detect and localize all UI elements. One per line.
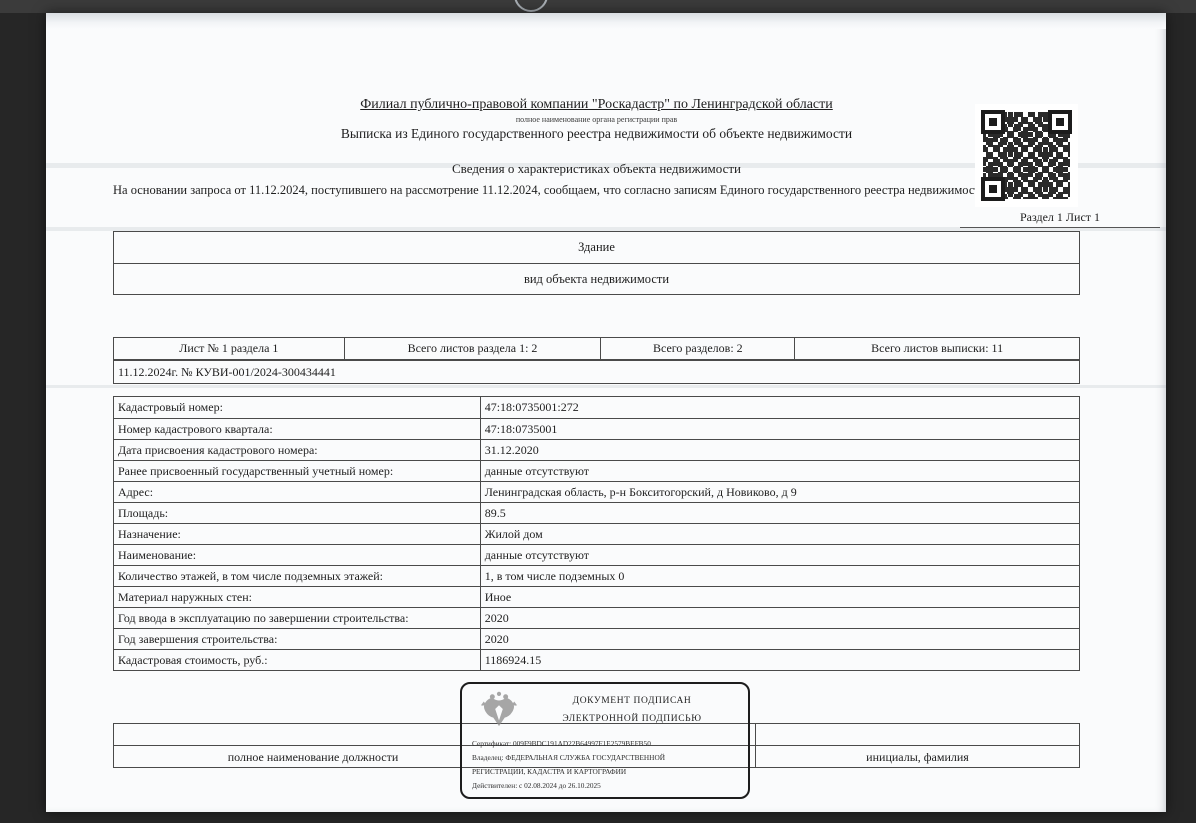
attribute-value: 1186924.15 <box>481 650 1079 670</box>
attribute-value: Ленинградская область, р-н Бокситогорски… <box>481 482 1079 502</box>
qr-code-icon <box>975 104 1078 207</box>
signature-initials-label: инициалы, фамилия <box>755 750 1080 765</box>
document-page[interactable]: Филиал публично-правовой компании "Роска… <box>46 13 1166 812</box>
table-row: Наименование:данные отсутствуют <box>114 544 1079 565</box>
table-row: Год ввода в эксплуатацию по завершении с… <box>114 607 1079 628</box>
russian-coat-of-arms-icon <box>480 690 518 730</box>
attribute-label: Количество этажей, в том числе подземных… <box>114 566 481 586</box>
qr-finder-icon <box>981 110 1005 134</box>
table-row: Кадастровая стоимость, руб.:1186924.15 <box>114 649 1079 670</box>
attribute-value: Жилой дом <box>481 524 1079 544</box>
signature-position-label: полное наименование должности <box>113 750 513 765</box>
qr-finder-icon <box>1048 110 1072 134</box>
sheet-info-table: Лист № 1 раздела 1 Всего листов раздела … <box>113 337 1080 360</box>
document-title: Выписка из Единого государственного реес… <box>113 126 1080 142</box>
table-row: Площадь:89.5 <box>114 502 1079 523</box>
attributes-table: Кадастровый номер:47:18:0735001:272 Номе… <box>113 396 1080 671</box>
attribute-label: Адрес: <box>114 482 481 502</box>
attribute-label: Ранее присвоенный государственный учетны… <box>114 461 481 481</box>
object-type-box: Здание вид объекта недвижимости <box>113 231 1080 295</box>
stamp-title-line1: ДОКУМЕНТ ПОДПИСАН <box>522 696 742 706</box>
attribute-value: 2020 <box>481 608 1079 628</box>
sheet-info-cell: Лист № 1 раздела 1 <box>114 338 344 359</box>
attribute-value: 1, в том числе подземных 0 <box>481 566 1079 586</box>
attribute-label: Год ввода в эксплуатацию по завершении с… <box>114 608 481 628</box>
table-row: Кадастровый номер:47:18:0735001:272 <box>114 397 1079 418</box>
attribute-label: Назначение: <box>114 524 481 544</box>
attribute-value: 47:18:0735001 <box>481 419 1079 439</box>
page-top-edge <box>46 13 1166 29</box>
registering-authority-name: Филиал публично-правовой компании "Роска… <box>113 97 1080 113</box>
table-row: Год завершения строительства:2020 <box>114 628 1079 649</box>
attribute-label: Площадь: <box>114 503 481 523</box>
sheet-info-cell: Всего листов выписки: 11 <box>794 338 1079 359</box>
attribute-value: Иное <box>481 587 1079 607</box>
table-row: Назначение:Жилой дом <box>114 523 1079 544</box>
table-row: Дата присвоения кадастрового номера:31.1… <box>114 439 1079 460</box>
stamp-certificate: Сертификат: 009F9BDC191AD22B64997F1E2579… <box>472 739 744 748</box>
table-row: Адрес:Ленинградская область, р-н Боксито… <box>114 481 1079 502</box>
attribute-label: Кадастровая стоимость, руб.: <box>114 650 481 670</box>
request-number: 11.12.2024г. № КУВИ-001/2024-300434441 <box>113 360 1080 384</box>
stamp-title-line2: ЭЛЕКТРОННОЙ ПОДПИСЬЮ <box>522 714 742 724</box>
attribute-label: Кадастровый номер: <box>114 397 481 418</box>
qr-finder-icon <box>981 177 1005 201</box>
attribute-value: 31.12.2020 <box>481 440 1079 460</box>
registering-authority-caption: полное наименование органа регистрации п… <box>113 115 1080 124</box>
stamp-validity: Действителен: с 02.08.2024 до 26.10.2025 <box>472 781 744 790</box>
attribute-label: Материал наружных стен: <box>114 587 481 607</box>
viewer-toolbar <box>0 0 1196 13</box>
stamp-owner-line1: Владелец: ФЕДЕРАЛЬНАЯ СЛУЖБА ГОСУДАРСТВЕ… <box>472 753 744 762</box>
electronic-signature-stamp: ДОКУМЕНТ ПОДПИСАН ЭЛЕКТРОННОЙ ПОДПИСЬЮ С… <box>460 682 750 799</box>
attribute-value: данные отсутствуют <box>481 545 1079 565</box>
table-row: Количество этажей, в том числе подземных… <box>114 565 1079 586</box>
object-type-value: Здание <box>114 232 1079 263</box>
sheet-info-cell: Всего разделов: 2 <box>600 338 794 359</box>
attribute-label: Год завершения строительства: <box>114 629 481 649</box>
sheet-info-cell: Всего листов раздела 1: 2 <box>344 338 601 359</box>
attribute-value: 47:18:0735001:272 <box>481 397 1079 418</box>
attribute-value: данные отсутствуют <box>481 461 1079 481</box>
table-row: Материал наружных стен:Иное <box>114 586 1079 607</box>
scan-artifact <box>46 385 1166 388</box>
document-subtitle: Сведения о характеристиках объекта недви… <box>113 161 1080 177</box>
attribute-value: 89.5 <box>481 503 1079 523</box>
object-type-caption: вид объекта недвижимости <box>114 263 1079 295</box>
table-row: Ранее присвоенный государственный учетны… <box>114 460 1079 481</box>
attribute-value: 2020 <box>481 629 1079 649</box>
attribute-label: Дата присвоения кадастрового номера: <box>114 440 481 460</box>
table-row: Номер кадастрового квартала:47:18:073500… <box>114 418 1079 439</box>
section-sheet-label: Раздел 1 Лист 1 <box>960 210 1160 228</box>
attribute-label: Наименование: <box>114 545 481 565</box>
stamp-owner-line2: РЕГИСТРАЦИИ, КАДАСТРА И КАРТОГРАФИИ <box>472 767 744 776</box>
intro-paragraph: На основании запроса от 11.12.2024, пост… <box>113 182 1018 199</box>
attribute-label: Номер кадастрового квартала: <box>114 419 481 439</box>
